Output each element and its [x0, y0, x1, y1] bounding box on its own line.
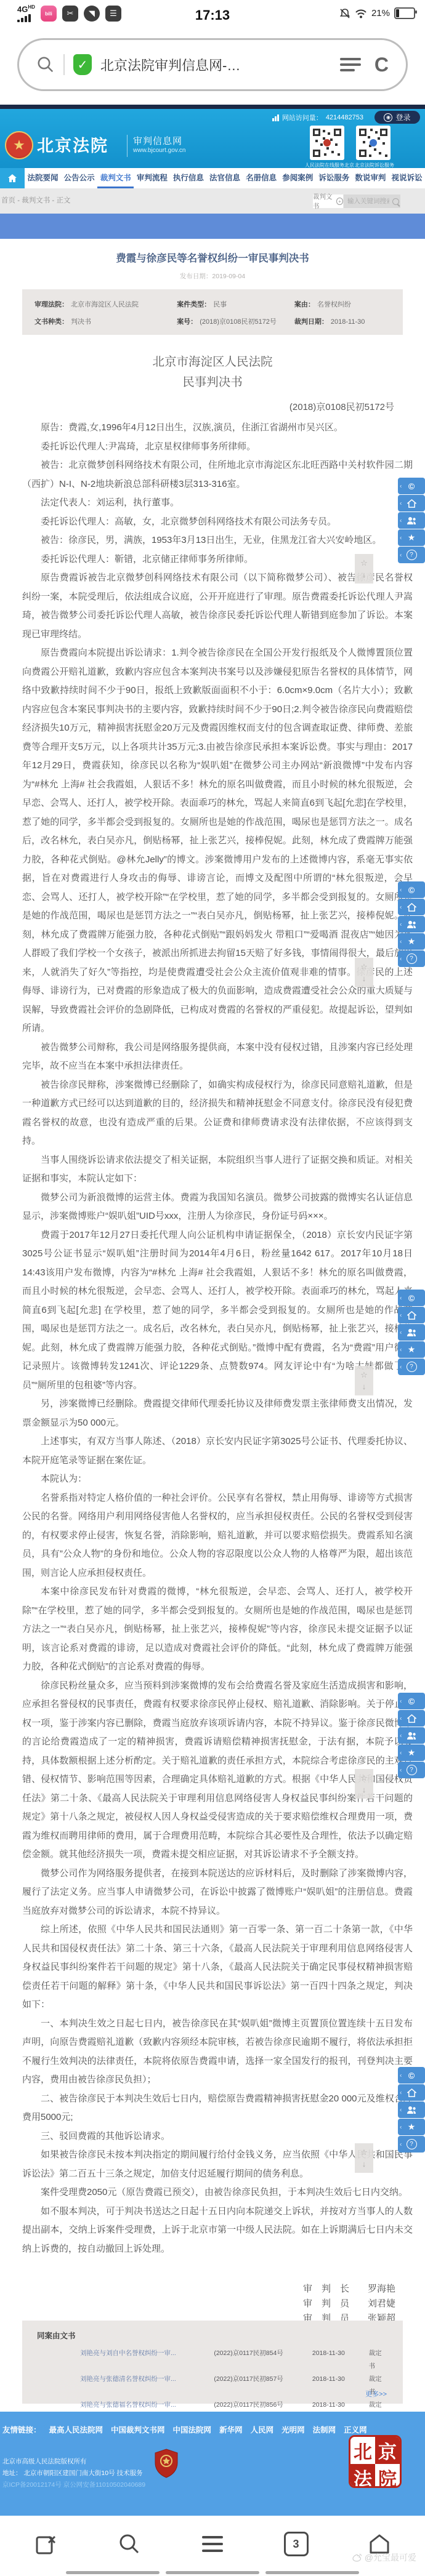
browser-bottom-bar: 3 @允宝最可爱	[0, 2516, 425, 2576]
friend-links-label: 友情链接：	[2, 2424, 41, 2435]
nav-item-video[interactable]: 视说诉讼	[389, 168, 425, 188]
nav-item-litigation-service[interactable]: 诉讼服务	[316, 168, 352, 188]
footer-copyright: 北京市高级人民法院版权所有	[2, 2456, 145, 2468]
search-icon[interactable]	[116, 2530, 143, 2558]
document-type-heading: 民事判决书	[0, 372, 425, 390]
nav-item-enforcement[interactable]: 执行信息	[170, 168, 206, 188]
meta-case-type: 案件类型：民事	[177, 299, 294, 309]
judgment-paragraph: 委托诉讼代理人：高敏，女，北京微梦创科网络技术有限公司法务专员。	[0, 513, 425, 532]
judgment-paragraph: 微梦公司作为网络服务提供者，在接到本院送达的应诉材料后，及时删除了涉案微博内容，…	[0, 1864, 425, 1921]
judgment-paragraph: 案件受理费2050元（原告费霞已预交），由被告徐彦民负担，于本判决生效后七日内交…	[0, 2183, 425, 2202]
footer-link[interactable]: 光明网	[281, 2424, 305, 2435]
menu-icon[interactable]	[199, 2530, 226, 2558]
case-meta-box: 审理法院：北京市海淀区人民法院 案件类型：民事 案由：名誉权纠纷 文书种类：判决…	[22, 289, 403, 335]
page-url-title[interactable]: 北京法院审判信息网-…	[100, 55, 331, 74]
search-icon[interactable]	[36, 55, 55, 74]
wifi-icon	[355, 9, 367, 18]
breadcrumb[interactable]: 首页 - 裁判文书 - 正文	[1, 188, 70, 214]
search-category-select[interactable]: 裁判文书+	[313, 195, 343, 208]
contacts-button[interactable]: ‹	[398, 2101, 425, 2118]
browser-address-row: ✓ 北京法院审判信息网-… C	[0, 34, 425, 105]
court-name-heading: 北京市海淀区人民法院	[0, 352, 425, 369]
search-icon[interactable]	[392, 198, 399, 205]
keyword-search[interactable]	[344, 195, 400, 208]
meta-court: 审理法院：北京市海淀区人民法院	[34, 299, 177, 309]
watermark: @允宝最可爱	[352, 2551, 416, 2564]
meta-case-no: 案号：(2018)京0108民初5172号	[177, 316, 294, 326]
footer-link[interactable]: 法制网	[313, 2424, 336, 2435]
copyright-button[interactable]: ‹©	[398, 1693, 425, 1709]
people-icon	[407, 1328, 417, 1337]
document-area: 费霞与徐彦民等名誉权纠纷一审民事判决书 发布日期：2019-09-04 审理法院…	[0, 239, 425, 2321]
help-button[interactable]: ‹?	[398, 950, 425, 967]
tab-switcher[interactable]: 3	[283, 2530, 310, 2558]
scroll-down-icon[interactable]: ↓	[362, 2158, 366, 2170]
people-icon	[407, 920, 417, 929]
related-doc-link[interactable]: 刘艳亮与刘自中名誉权纠纷一审...	[80, 2347, 214, 2373]
related-title: 同案由文书	[37, 2330, 388, 2341]
site-brand-sub: 审判信息网	[133, 134, 182, 147]
status-bar: 4GHD bili ✂ ◥ ☰ 17:13 21%	[0, 0, 425, 34]
contacts-button[interactable]: ‹	[398, 512, 425, 529]
nav-item-judges[interactable]: 法官信息	[206, 168, 243, 188]
home-icon	[407, 499, 416, 508]
divider	[127, 135, 127, 157]
divider	[63, 54, 65, 75]
judgment-paragraph: 上述事实，有双方当事人陈述、（2018）京长安内民证字第3025号公证书、代理委…	[0, 1432, 425, 1470]
page-mini-tools[interactable]: ☆↓	[355, 958, 373, 987]
judge: 审 判 员 刘君婕	[0, 2297, 395, 2311]
judgment-paragraph: 被告微梦公司辩称，我公司是网络服务提供商，本案中没有侵权过错，且涉案内容已经处理…	[0, 1038, 425, 1076]
search-input[interactable]	[346, 197, 391, 206]
scroll-down-icon[interactable]: ↓	[362, 569, 366, 581]
footer-link[interactable]: 最高人民法院网	[49, 2424, 103, 2435]
site-footer: 友情链接： 最高人民法院网 中国裁判文书网 中国法院网 新华网 人民网 光明网 …	[0, 2412, 425, 2516]
nav-item-court-news[interactable]: 法院要闻	[25, 168, 61, 188]
floating-toolbar: ‹© ‹ ‹ ‹★ ‹? ☆↓	[397, 1693, 425, 1779]
home-icon	[407, 1311, 416, 1320]
site-visits: 网站访问量：4214482753	[272, 113, 363, 122]
copyright-button[interactable]: ‹©	[398, 881, 425, 898]
people-icon	[407, 1731, 417, 1740]
scroll-down-icon[interactable]: ↓	[362, 973, 366, 985]
judgment-body: 原告：费霞,女,1996年4月12日出生，汉族,演员，住浙江省湖州市吴兴区。 委…	[0, 419, 425, 2258]
nav-item-judgments[interactable]: 裁判文书	[97, 168, 134, 188]
related-row[interactable]: 刘艳亮与张德清名誉权纠纷一审... (2022)京0117民初857号 2018…	[80, 2373, 388, 2399]
home-indicator	[0, 2571, 425, 2574]
judgment-paragraph: 被告：北京微梦创科网络技术有限公司，住所地北京市海淀区东北旺西路中关村软件园二期…	[0, 456, 425, 494]
close-tab-icon[interactable]	[32, 2530, 59, 2558]
floating-toolbar: ‹© ‹ ‹ ‹★ ‹? ☆↓	[397, 1290, 425, 1376]
battery-percent: 21%	[371, 8, 390, 18]
page-mini-tools[interactable]: ☆↓	[355, 2143, 373, 2173]
contacts-button[interactable]: ‹	[398, 1727, 425, 1744]
judgment-paragraph: 被告：徐彦民，男，满族，1953年3月13日出生，无业，住黑龙江省大兴安岭地区。	[0, 531, 425, 550]
content-header-strip	[0, 214, 425, 239]
footer-link[interactable]: 人民网	[251, 2424, 274, 2435]
judgment-paragraph: 如不服本判决，可于判决书送达之日起十五日内向本院递交上诉状，并按对方当事人的人数…	[0, 2202, 425, 2259]
publish-date: 发布日期：2019-09-04	[0, 271, 425, 281]
main-nav: 法院要闻 公告公示 裁判文书 审判流程 执行信息 法官信息 名册信息 参阅案例 …	[0, 168, 425, 188]
page: 4GHD bili ✂ ◥ ☰ 17:13 21% ✓ 北京法院审判信息网-… …	[0, 0, 425, 2576]
nav-item-announcements[interactable]: 公告公示	[61, 168, 97, 188]
mute-bell-icon	[339, 8, 350, 19]
presiding-judge: 审 判 长 罗海艳	[0, 2282, 395, 2297]
home-button[interactable]: ‹	[398, 495, 425, 512]
favorite-star-icon[interactable]: ☆	[360, 1772, 368, 1784]
page-mini-tools[interactable]: ☆↓	[355, 1769, 373, 1799]
expand-icon: +	[336, 198, 343, 205]
judgment-paragraph: 一、本判决生效之日起七日内，被告徐彦民在其“娱叭姐”微博主页置顶位置连续十五日发…	[0, 2015, 425, 2090]
judgment-paragraph: 名誉系指对特定人格价值的一种社会评价。公民享有名誉权，禁止用侮辱、诽谤等方式损害…	[0, 1489, 425, 1583]
judge: 审 判 员 张颖超	[0, 2311, 395, 2321]
footer-address: 地址： 北京市朝阳区建国门南大街10号 技术服务	[2, 2468, 145, 2479]
copyright-button[interactable]: ‹©	[398, 1290, 425, 1306]
secure-shield-icon: ✓	[73, 54, 92, 75]
nav-item-trial-data[interactable]: 数说审判	[352, 168, 389, 188]
contacts-button[interactable]: ‹	[398, 1324, 425, 1341]
home-nav-button[interactable]	[0, 168, 25, 188]
favorite-star-icon[interactable]: ☆	[360, 2146, 368, 2159]
footer-link[interactable]: 新华网	[219, 2424, 243, 2435]
qr-code-litigation-service	[356, 126, 391, 160]
judgment-paragraph: 综上所述，依照《中华人民共和国民法通则》第一百零一条、第一百二十条第一款，《中华…	[0, 1920, 425, 2015]
beijing-court-seal-logo: 北京 法院	[349, 2435, 402, 2488]
nav-item-roster[interactable]: 名册信息	[243, 168, 280, 188]
favorite-button[interactable]: ‹★	[398, 1744, 425, 1761]
qr-code-online-service	[310, 126, 344, 160]
page-mini-tools[interactable]: ☆↓	[355, 554, 373, 584]
favorite-button[interactable]: ‹★	[398, 933, 425, 950]
related-doc-link[interactable]: 刘艳亮与张德清名誉权纠纷一审...	[80, 2373, 214, 2399]
header-top-strip	[0, 105, 425, 109]
help-button[interactable]: ‹?	[398, 1358, 425, 1375]
weibo-icon	[352, 2553, 362, 2562]
favorite-button[interactable]: ‹★	[398, 529, 425, 546]
footer-link[interactable]: 正义网	[344, 2424, 367, 2435]
scroll-down-icon[interactable]: ↓	[362, 1381, 366, 1393]
court-emblem-logo: ★	[5, 131, 33, 159]
home-icon	[407, 1714, 416, 1723]
site-brand[interactable]: 北京法院	[37, 132, 108, 156]
people-icon	[407, 2106, 417, 2114]
nav-item-reference-cases[interactable]: 参阅案例	[280, 168, 316, 188]
help-button[interactable]: ‹?	[398, 2136, 425, 2153]
breadcrumb-bar: 首页 - 裁判文书 - 正文 裁判文书+	[0, 188, 425, 214]
judgment-paragraph: 被告徐彦民辩称，涉案微博已经删除了，如确实构成侵权行为，徐彦民同意赔礼道歉，但是…	[0, 1076, 425, 1151]
judgment-paragraph: 当事人围绕诉讼请求依法提交了相关证据，本院组织当事人进行了证据交换和质证。对相关…	[0, 1151, 425, 1189]
home-icon	[407, 2088, 416, 2097]
case-number: (2018)京0108民初5172号	[0, 400, 425, 413]
floating-toolbar: ‹© ‹ ‹ ‹★ ‹? ☆↓	[397, 478, 425, 564]
judgment-paragraph: 本院认为：	[0, 1470, 425, 1489]
judgment-paragraph: 二、被告徐彦民于本判决生效后七日内，赔偿原告费霞精神损害抚慰金20 000元及维…	[0, 2090, 425, 2127]
reader-list-icon[interactable]	[340, 58, 361, 71]
help-button[interactable]: ‹?	[398, 547, 425, 563]
copyright-button[interactable]: ‹©	[398, 478, 425, 494]
judgment-paragraph: 本案中徐彦民发布针对费霞的微博，“林允很叛逆，会早恋、会骂人、还打人，被学校开除…	[0, 1583, 425, 1677]
nav-item-trial-process[interactable]: 审判流程	[134, 168, 170, 188]
login-button[interactable]: ◉登录	[374, 111, 420, 124]
user-icon: ◉	[384, 113, 392, 122]
related-documents-box: 同案由文书 刘艳亮与刘自中名誉权纠纷一审... (2022)京0117民初854…	[22, 2321, 403, 2404]
floating-toolbar: ‹© ‹ ‹ ‹★ ‹? ☆↓	[397, 2067, 425, 2153]
people-icon	[407, 516, 417, 525]
home-button[interactable]: ‹	[398, 1710, 425, 1727]
scroll-down-icon[interactable]: ↓	[362, 1784, 366, 1796]
home-button[interactable]: ‹	[398, 899, 425, 915]
home-icon	[7, 174, 17, 183]
page-mini-tools[interactable]: ☆↓	[355, 1366, 373, 1395]
refresh-icon[interactable]: C	[374, 55, 389, 74]
judgment-paragraph: 委托诉讼代理人:尹嵩琦，北京星权律师事务所律师。	[0, 438, 425, 457]
contacts-button[interactable]: ‹	[398, 916, 425, 933]
address-bar[interactable]: ✓ 北京法院审判信息网-… C	[17, 38, 408, 91]
judgment-paragraph: 微梦公司为新浪微博的运营主体。费霞为我国知名演员。微梦公司披露的微博实名认证信息…	[0, 1189, 425, 1226]
help-button[interactable]: ‹?	[398, 1762, 425, 1778]
footer-link[interactable]: 中国裁判文书网	[111, 2424, 165, 2435]
judgment-paragraph: 原告：费霞,女,1996年4月12日出生，汉族,演员，住浙江省湖州市吴兴区。	[0, 419, 425, 438]
more-link[interactable]: 更多>>	[365, 2389, 387, 2399]
favorite-star-icon[interactable]: ☆	[360, 1369, 368, 1381]
footer-icp: 京ICP备20012174号 京公网安备11010502040689	[2, 2479, 145, 2491]
copyright-button[interactable]: ‹©	[398, 2067, 425, 2084]
gov-badge-icon	[154, 2449, 179, 2481]
home-icon	[407, 903, 416, 912]
meta-doc-kind: 文书种类：判决书	[34, 316, 177, 326]
judgment-paragraph: 另，涉案微博已经删除。费霞提交律师代理委托协议及律师费发票主张律师费支出情况，发…	[0, 1395, 425, 1432]
home-button[interactable]: ‹	[398, 2084, 425, 2101]
document-title: 费霞与徐彦民等名誉权纠纷一审民事判决书	[0, 250, 425, 265]
related-row[interactable]: 刘艳亮与刘自中名誉权纠纷一审... (2022)京0117民初854号 2018…	[80, 2347, 388, 2373]
site-url: www.bjcourt.gov.cn	[133, 147, 185, 154]
site-banner: 网站访问量：4214482753 ◉登录 ★ 北京法院 审判信息网 www.bj…	[0, 109, 425, 168]
judgment-paragraph: 法定代表人：刘运利，执行董事。	[0, 494, 425, 513]
favorite-star-icon[interactable]: ☆	[360, 557, 368, 569]
favorite-button[interactable]: ‹★	[398, 1341, 425, 1358]
signature-block: 审 判 长 罗海艳 审 判 员 刘君婕 审 判 员 张颖超 二〇一八年十一月三十…	[0, 2282, 425, 2321]
meta-cause: 案由：名誉权纠纷	[294, 299, 391, 309]
meta-judge-date: 裁判日期：2018-11-30	[294, 316, 391, 326]
favorite-star-icon[interactable]: ☆	[360, 961, 368, 973]
home-button[interactable]: ‹	[398, 1307, 425, 1323]
floating-toolbar: ‹© ‹ ‹ ‹★ ‹? ☆↓	[397, 881, 425, 968]
favorite-button[interactable]: ‹★	[398, 2119, 425, 2135]
footer-link[interactable]: 中国法院网	[173, 2424, 212, 2435]
stats-icon	[272, 114, 279, 121]
battery-icon	[394, 7, 415, 19]
